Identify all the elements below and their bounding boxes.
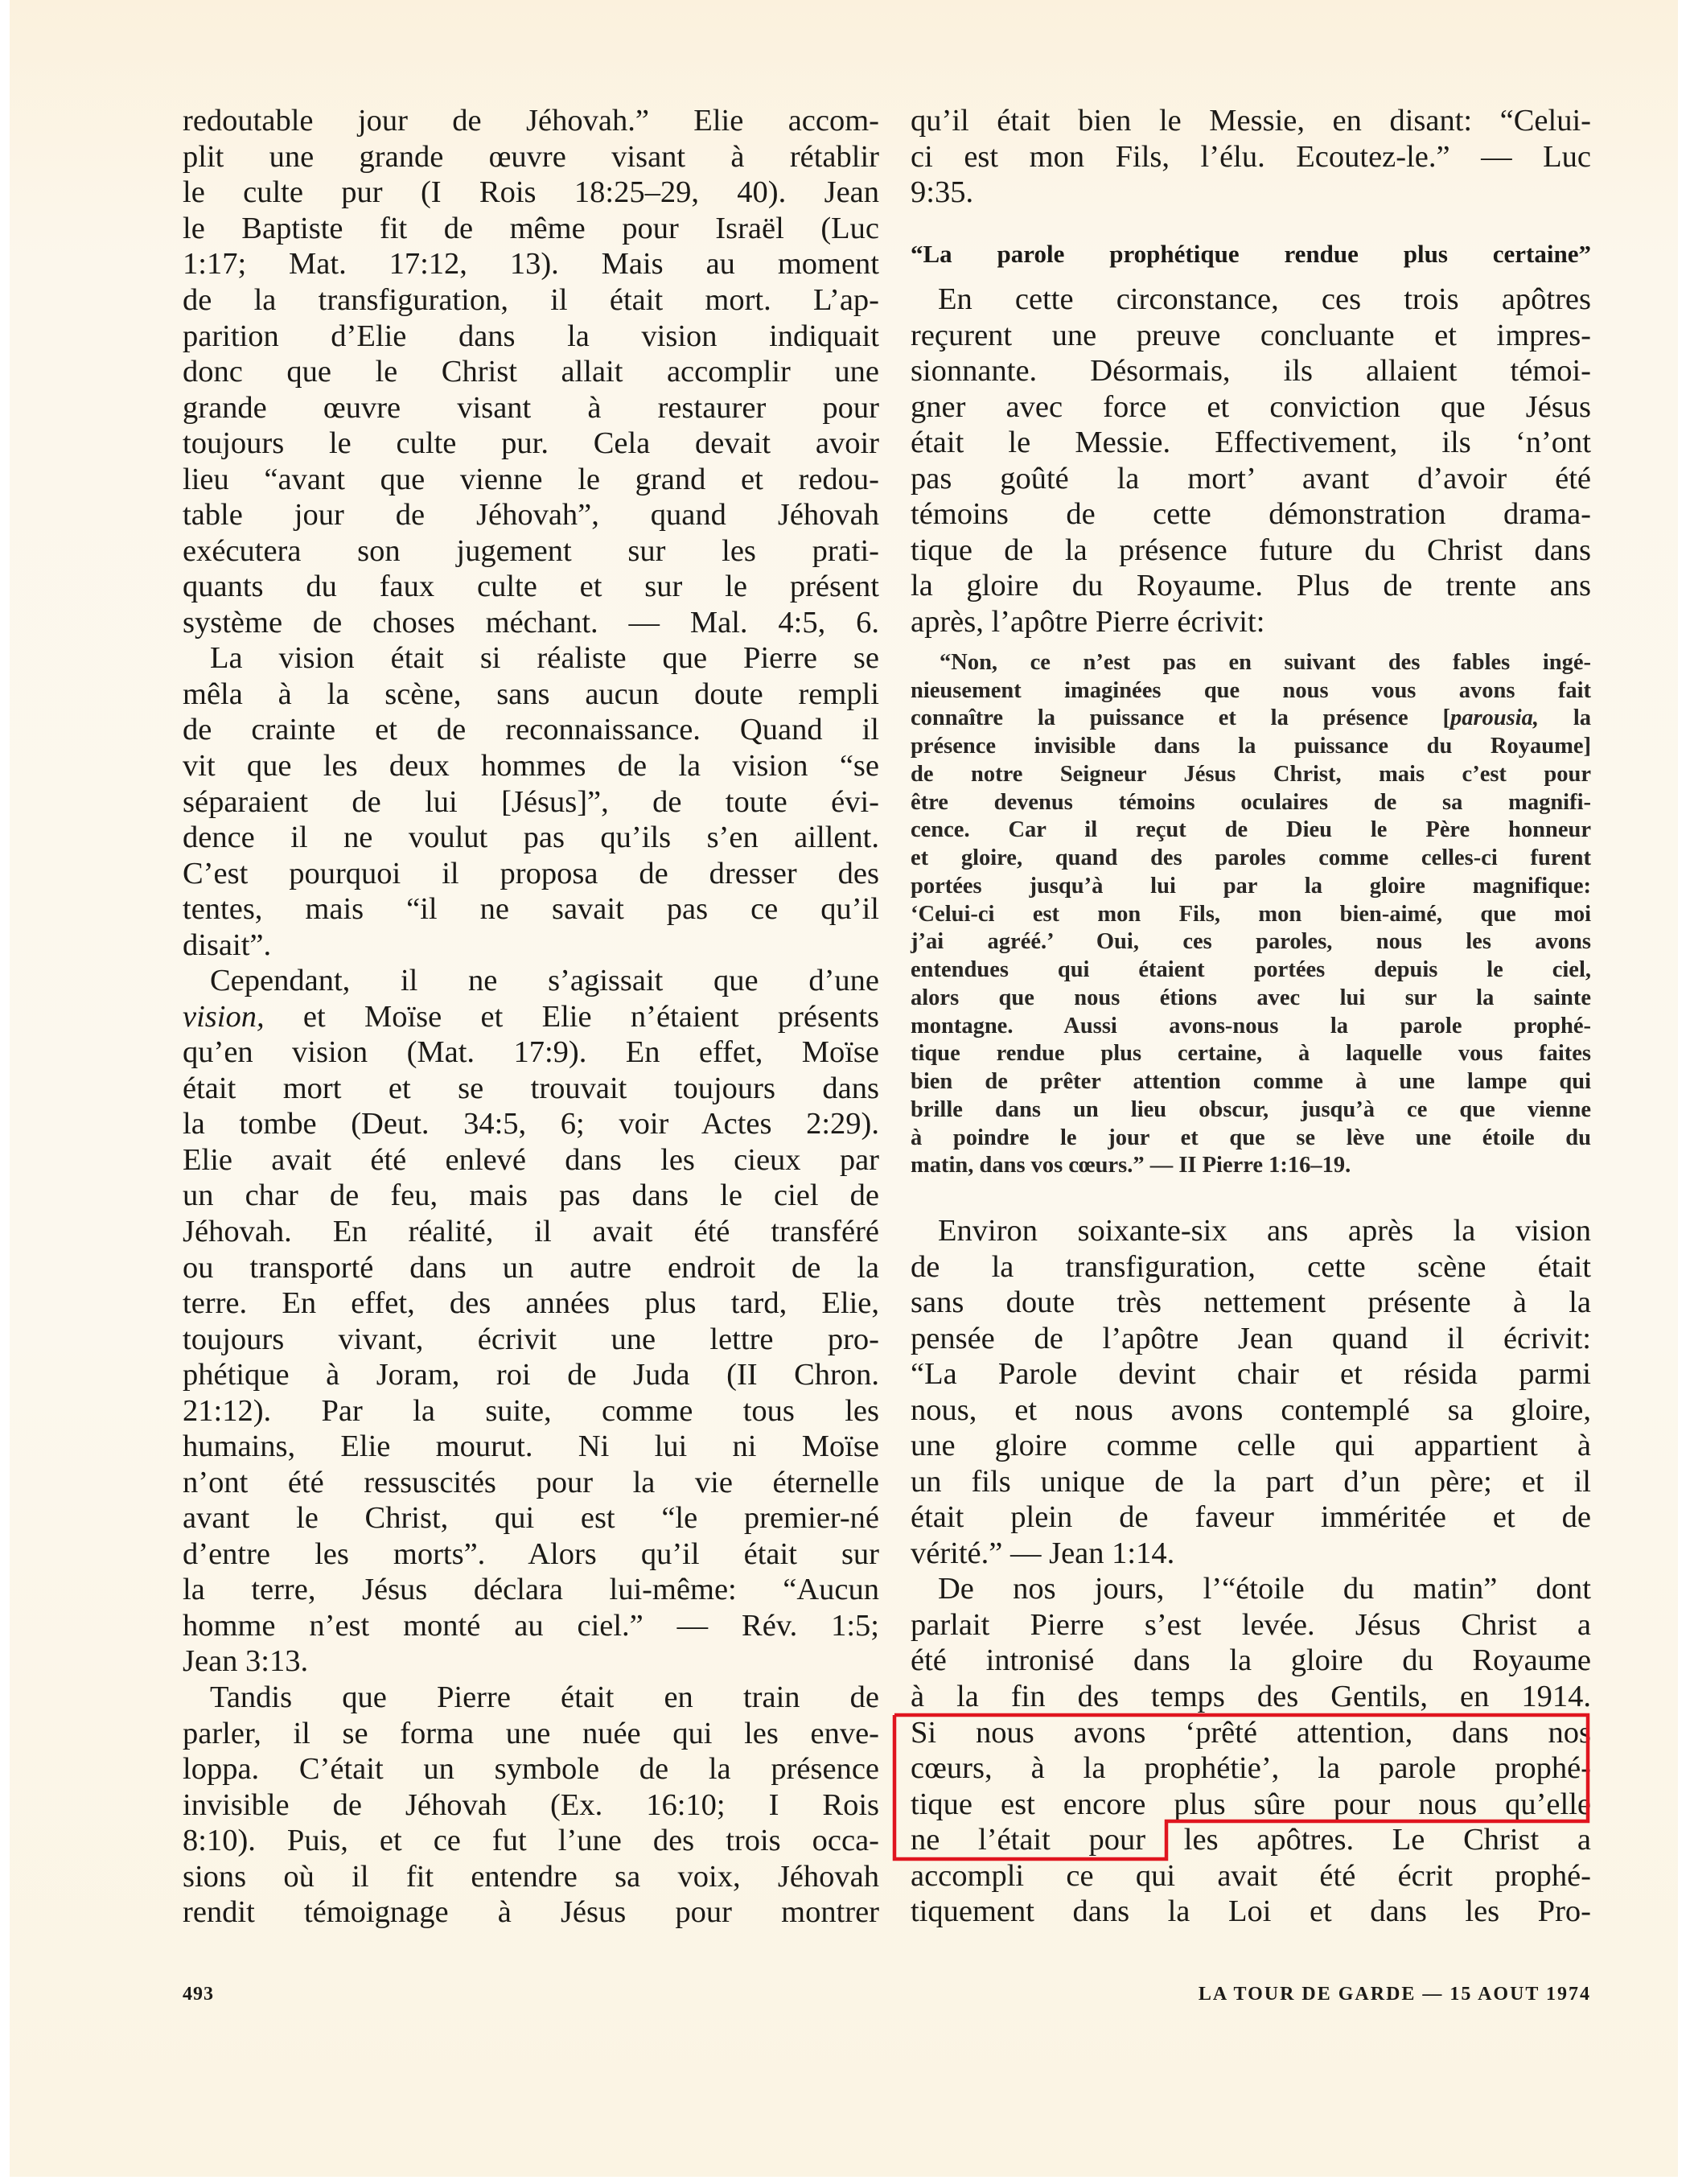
line-rest: et Moïse et Elie n’étaient présents [265, 1000, 879, 1034]
text-line: accompli ce qui avait été écrit prophé- [911, 1858, 1591, 1894]
text-line: La vision était si réaliste que Pierre s… [183, 640, 879, 676]
quote-line: bien de prêter attention comme à une lam… [911, 1068, 1591, 1096]
text-line: loppa. C’était un symbole de la présence [183, 1751, 879, 1787]
text-line: avant le Christ, qui est “le premier-né [183, 1500, 879, 1536]
text-line: En cette circonstance, ces trois apôtres [911, 282, 1591, 317]
text-line: 9:35. [911, 175, 1591, 210]
italic-word: parousia, [1450, 705, 1539, 730]
text-line: toujours le culte pur. Cela devait avoir [183, 426, 879, 461]
text-line: Cependant, il ne s’agissait que d’une [183, 963, 879, 998]
text-line: de la transfiguration, il était mort. L’… [183, 282, 879, 318]
quote-line: montagne. Aussi avons-nous la parole pro… [911, 1013, 1591, 1040]
text-line: Jéhovah. En réalité, il avait été transf… [183, 1214, 879, 1249]
text-line: tique de la présence future du Christ da… [911, 533, 1591, 568]
text-line: phétique à Joram, roi de Juda (II Chron. [183, 1357, 879, 1392]
text-line: Tandis que Pierre était en train de [183, 1680, 879, 1715]
text-line: mêla à la scène, sans aucun doute rempli [183, 677, 879, 712]
text-line: parlait Pierre s’est levée. Jésus Christ… [911, 1607, 1591, 1643]
text-line: sions où il fit entendre sa voix, Jéhova… [183, 1859, 879, 1894]
text-line: toujours vivant, écrivit une lettre pro- [183, 1322, 879, 1357]
text-line: table jour de Jéhovah”, quand Jéhovah [183, 497, 879, 533]
quote-line: nieusement imaginées que nous vous avons… [911, 677, 1591, 705]
quote-line: entendues qui étaient portées depuis le … [911, 956, 1591, 984]
text-line: tentes, mais “il ne savait pas ce qu’il [183, 891, 879, 927]
text-line: redoutable jour de Jéhovah.” Elie accom- [183, 103, 879, 138]
text-line: de crainte et de reconnaissance. Quand i… [183, 712, 879, 747]
text-line: disait”. [183, 927, 879, 963]
magazine-page: redoutable jour de Jéhovah.” Elie accom-… [10, 0, 1678, 2177]
text-line: de la transfiguration, cette scène était [911, 1249, 1591, 1285]
text-line: témoins de cette démonstration drama- [911, 496, 1591, 532]
text-line: dence il ne voulut pas qu’ils s’en aille… [183, 820, 879, 855]
text-line: vit que les deux hommes de la vision “se [183, 748, 879, 784]
quote-line: être devenus témoins oculaires de sa mag… [911, 789, 1591, 816]
text-line: la gloire du Royaume. Plus de trente ans [911, 568, 1591, 603]
text-line: 8:10). Puis, et ce fut l’une des trois o… [183, 1823, 879, 1858]
quote-line: matin, dans vos cœurs.” — II Pierre 1:16… [911, 1152, 1591, 1179]
text-line: gner avec force et conviction que Jésus [911, 389, 1591, 425]
text-line: une gloire comme celle qui appartient à [911, 1428, 1591, 1463]
text-line: C’est pourquoi il proposa de dresser des [183, 856, 879, 891]
highlighted-text-line: cœurs, à la prophétie’, la parole prophé… [911, 1750, 1591, 1786]
quote-line-with-italic: connaître la puissance et la présence [p… [911, 705, 1591, 732]
text-line: ou transporté dans un autre endroit de l… [183, 1250, 879, 1285]
text-line: système de choses méchant. — Mal. 4:5, 6… [183, 605, 879, 640]
text-line: sionnante. Désormais, ils allaient témoi… [911, 353, 1591, 389]
text-line: reçurent une preuve concluante et impres… [911, 318, 1591, 353]
quote-line: j’ai agréé.’ Oui, ces paroles, nous les … [911, 928, 1591, 956]
text-line: tiquement dans la Loi et dans les Pro- [911, 1894, 1591, 1929]
text-line: sans doute très nettement présente à la [911, 1285, 1591, 1320]
text-line: nous, et nous avons contemplé sa gloire, [911, 1392, 1591, 1428]
text-line: le culte pur (I Rois 18:25–29, 40). Jean [183, 175, 879, 210]
text-line: pas goûté la mort’ avant d’avoir été [911, 461, 1591, 496]
text-line: grande œuvre visant à restaurer pour [183, 390, 879, 426]
text-line: séparaient de lui [Jésus]”, de toute évi… [183, 784, 879, 820]
highlighted-text-line: tique est encore plus sûre pour nous qu’… [911, 1787, 1591, 1822]
quote-line: portées jusqu’à lui par la gloire magnif… [911, 873, 1591, 900]
text-line: donc que le Christ allait accomplir une [183, 354, 879, 389]
text-line: à la fin des temps des Gentils, en 1914. [911, 1679, 1591, 1714]
text-line: Elie avait été enlevé dans les cieux par [183, 1142, 879, 1178]
text-line: un fils unique de la part d’un père; et … [911, 1464, 1591, 1499]
quote-line: alors que nous étions avec lui sur la sa… [911, 985, 1591, 1012]
text-line: pensée de l’apôtre Jean quand il écrivit… [911, 1321, 1591, 1356]
text-line: Jean 3:13. [183, 1643, 879, 1679]
quote-line: “Non, ce n’est pas en suivant des fables… [911, 649, 1591, 677]
text-line: “La Parole devint chair et résida parmi [911, 1356, 1591, 1392]
text-line: terre. En effet, des années plus tard, E… [183, 1285, 879, 1321]
text-line: invisible de Jéhovah (Ex. 16:10; I Rois [183, 1787, 879, 1823]
quote-line: de notre Seigneur Jésus Christ, mais c’e… [911, 761, 1591, 788]
text-line: la tombe (Deut. 34:5, 6; voir Actes 2:29… [183, 1106, 879, 1141]
section-subheading: “La parole prophétique rendue plus certa… [911, 238, 1591, 270]
text-line: était plein de faveur imméritée et de [911, 1499, 1591, 1535]
text-line: parler, il se forma une nuée qui les env… [183, 1716, 879, 1751]
highlighted-text-line: ne l’était pour les apôtres. Le Christ a [911, 1822, 1591, 1857]
text-line: humains, Elie mourut. Ni lui ni Moïse [183, 1429, 879, 1464]
text-line: lieu “avant que vienne le grand et redou… [183, 462, 879, 497]
quote-line: cence. Car il reçut de Dieu le Père honn… [911, 816, 1591, 844]
text-line: n’ont été ressuscités pour la vie éterne… [183, 1465, 879, 1500]
text-line: ci est mon Fils, l’élu. Ecoutez-le.” — L… [911, 139, 1591, 175]
quote-line: ‘Celui-ci est mon Fils, mon bien-aimé, q… [911, 901, 1591, 928]
text-line: Environ soixante-six ans après la vision [911, 1213, 1591, 1248]
page-number: 493 [183, 1984, 214, 2005]
text-line: été intronisé dans la gloire du Royaume [911, 1643, 1591, 1678]
text-line: exécutera son jugement sur les prati- [183, 533, 879, 569]
text-line: quants du faux culte et sur le présent [183, 569, 879, 604]
text-line: qu’en vision (Mat. 17:9). En effet, Moïs… [183, 1034, 879, 1070]
text-line: d’entre les morts”. Alors qu’il était su… [183, 1536, 879, 1572]
text-line: 21:12). Par la suite, comme tous les [183, 1393, 879, 1429]
quote-line: présence invisible dans la puissance du … [911, 733, 1591, 760]
quote-line: tique rendue plus certaine, à laquelle v… [911, 1040, 1591, 1067]
text-line: homme n’est monté au ciel.” — Rév. 1:5; [183, 1608, 879, 1643]
text-line: parition d’Elie dans la vision indiquait [183, 319, 879, 354]
italic-word: vision, [183, 1000, 265, 1034]
text-line: De nos jours, l’“étoile du matin” dont [911, 1571, 1591, 1606]
text-line: 1:17; Mat. 17:12, 13). Mais au moment [183, 246, 879, 282]
text-line: le Baptiste fit de même pour Israël (Luc [183, 211, 879, 246]
text-line: vérité.” — Jean 1:14. [911, 1536, 1591, 1571]
text-line: était mort et se trouvait toujours dans [183, 1071, 879, 1106]
quote-line: à poindre le jour et que se lève une éto… [911, 1125, 1591, 1152]
quote-line: brille dans un lieu obscur, jusqu’à ce q… [911, 1096, 1591, 1124]
text-line: qu’il était bien le Messie, en disant: “… [911, 103, 1591, 138]
quote-line: et gloire, quand des paroles comme celle… [911, 845, 1591, 872]
text-line: était le Messie. Effectivement, ils ‘n’o… [911, 425, 1591, 460]
text-line: après, l’apôtre Pierre écrivit: [911, 604, 1591, 640]
text-line-with-italic: vision, et Moïse et Elie n’étaient prése… [183, 999, 879, 1034]
highlighted-text-line: Si nous avons ‘prêté attention, dans nos [911, 1715, 1591, 1750]
running-footer: LA TOUR DE GARDE — 15 AOUT 1974 [1102, 1984, 1591, 2005]
text-line: plit une grande œuvre visant à rétablir [183, 139, 879, 175]
text-line: rendit témoignage à Jésus pour montrer [183, 1894, 879, 1930]
text-line: un char de feu, mais pas dans le ciel de [183, 1178, 879, 1213]
text-line: la terre, Jésus déclara lui-même: “Aucun [183, 1572, 879, 1607]
